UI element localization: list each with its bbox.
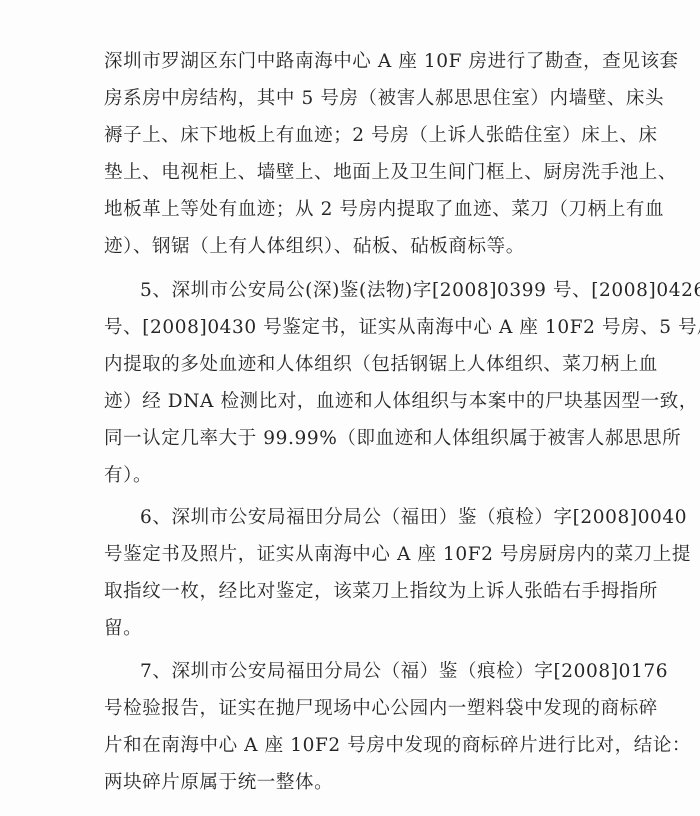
- text-line: 房系房中房结构，其中 5 号房（被害人郝思思住室）内墙壁、床头: [104, 87, 624, 111]
- text-line: 号、[2008]0430 号鉴定书，证实从南海中心 A 座 10F2 号房、5 …: [104, 316, 624, 340]
- text-line: 垫上、电视柜上、墙壁上、地面上及卫生间门框上、厨房洗手池上、: [104, 161, 624, 185]
- text-line: 地板革上等处有血迹；从 2 号房内提取了血迹、菜刀（刀柄上有血: [104, 198, 624, 222]
- paragraph-7-start: 7、深圳市公安局福田分局公（福）鉴（痕检）字[2008]0176: [140, 660, 660, 684]
- text-line: 褥子上、床下地板上有血迹；2 号房（上诉人张皓住室）床上、床: [104, 124, 624, 148]
- text-line: 迹）、钢锯（上有人体组织）、砧板、砧板商标等。: [104, 235, 624, 259]
- text-line: 号鉴定书及照片，证实从南海中心 A 座 10F2 号房厨房内的菜刀上提: [104, 543, 624, 567]
- document-page: 深圳市罗湖区东门中路南海中心 A 座 10F 房进行了勘查，查见该套 房系房中房…: [0, 0, 700, 816]
- text-line: 迹）经 DNA 检测比对，血迹和人体组织与本案中的尸块基因型一致，: [104, 390, 624, 414]
- text-line: 内提取的多处血迹和人体组织（包括钢锯上人体组织、菜刀柄上血: [104, 353, 624, 377]
- paragraph-5-start: 5、深圳市公安局公(深)鉴(法物)字[2008]0399 号、[2008]042…: [140, 279, 660, 303]
- text-line: 取指纹一枚，经比对鉴定，该菜刀上指纹为上诉人张皓右手拇指所: [104, 580, 624, 604]
- text-line: 片和在南海中心 A 座 10F2 号房中发现的商标碎片进行比对，结论：: [104, 734, 624, 758]
- text-line: 有）。: [104, 464, 624, 488]
- text-line: 留。: [104, 617, 624, 641]
- text-line: 号检验报告，证实在抛尸现场中心公园内一塑料袋中发现的商标碎: [104, 697, 624, 721]
- text-line: 两块碎片原属于统一整体。: [104, 771, 624, 795]
- paragraph-6-start: 6、深圳市公安局福田分局公（福田）鉴（痕检）字[2008]0040: [140, 506, 660, 530]
- text-line: 深圳市罗湖区东门中路南海中心 A 座 10F 房进行了勘查，查见该套: [104, 50, 624, 74]
- text-line: 同一认定几率大于 99.99%（即血迹和人体组织属于被害人郝思思所: [104, 427, 624, 451]
